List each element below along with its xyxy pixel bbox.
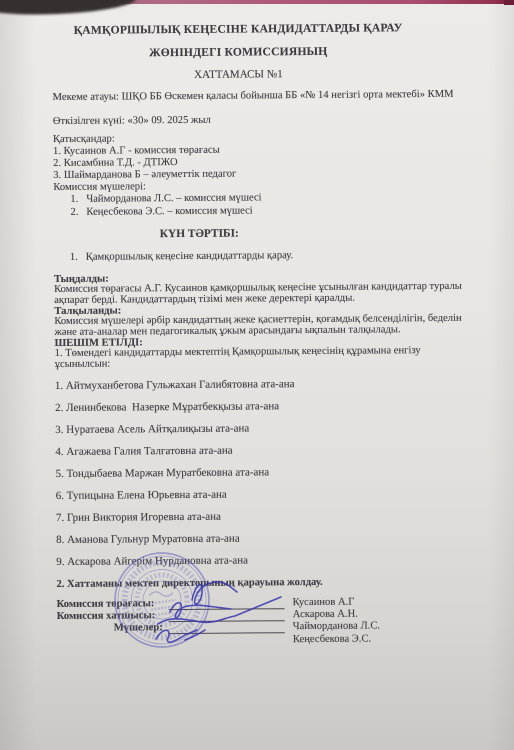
agenda-heading: КҮН ТӘРТІБІ: [54,225,478,240]
candidate-item: 4. Агажаева Галия Талгатовна ата-ана [55,443,479,457]
candidate-item: 6. Тупицына Елена Юрьевна ата-ана [56,487,480,501]
signature-name: Чайморданова Л.С. [291,621,481,633]
signature-name: Аскарова А.Н. [291,609,481,621]
title-block: ҚАМҚОРШЫЛЫҚ КЕҢЕСІНЕ КАНДИДАТТАРДЫ ҚАРАУ… [52,22,424,82]
agenda-item: 1. Қамқоршылық кеңесіне кандидаттарды қа… [54,248,478,262]
document-title-line1: ҚАМҚОРШЫЛЫҚ КЕҢЕСІНЕ КАНДИДАТТАРДЫ ҚАРАУ [52,22,424,37]
candidate-item: 7. Грин Виктория Игоревна ата-ана [56,509,480,523]
members-list: 1. Чайморданова Л.С. – комиссия мүшесі2.… [53,191,477,219]
candidate-item: 3. Нуратаева Асель Айтқалиқызы ата-ана [55,421,479,435]
org-line: Мекеме атауы: ШҚО ББ Өскемен қаласы бойы… [53,89,477,104]
candidate-item: 5. Тондыбаева Маржан Муратбековна ата-ан… [56,465,480,479]
date-line: Өткізілген күні: «30» 09. 2025 жыл [53,113,477,128]
folder-edge-corner [504,0,514,5]
attendees-list: 1. Кусаинов А.Г - комиссия төрағасы2. Ки… [53,143,477,183]
document-photo: ҚАМҚОРШЫЛЫҚ КЕҢЕСІНЕ КАНДИДАТТАРДЫ ҚАРАУ… [0,0,514,750]
decided-intro: 1. Төмендегі кандидаттарды мектептің Қам… [55,346,437,370]
candidate-item: 2. Ленинбекова Назерке Мұратбекқызы ата-… [55,399,479,413]
candidates-list: 1. Айтмуханбетова Гульжахан Галибятовна … [55,377,480,567]
candidate-item: 8. Аманова Гульнур Муратовна ата-ана [56,531,480,545]
signature-name: Кусаинов А.Г [291,597,481,609]
paper-sheet: ҚАМҚОРШЫЛЫҚ КЕҢЕСІНЕ КАНДИДАТТАРДЫ ҚАРАУ… [0,4,514,750]
document-title-line2: ЖӨНІНДЕГІ КОМИССИЯНЫҢ [52,45,424,60]
candidate-item: 1. Айтмуханбетова Гульжахан Галибятовна … [55,377,479,391]
document-title-line3: ХАТТАМАСЫ №1 [52,67,424,82]
member-item: 2. Кеңесбекова Э.С. – комиссия мүшесі [53,203,477,218]
signature-name: Кеңесбекова Э.С. [291,633,481,645]
handwritten-signatures [130,560,306,652]
